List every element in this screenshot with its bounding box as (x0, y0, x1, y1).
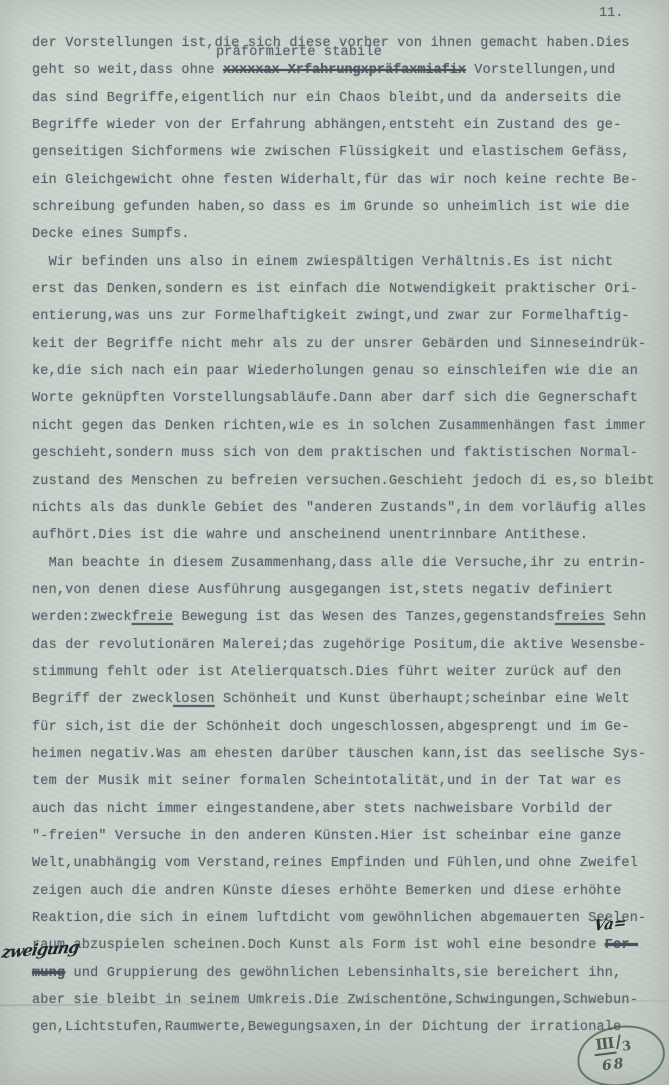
typescript-line: schreibung gefunden haben,so dass es im … (32, 194, 662, 221)
typed-text: Reaktion,die sich in einem luftdicht vom… (32, 911, 646, 926)
typed-text: auch das nicht immer eingestandene,aber … (32, 802, 613, 817)
typescript-line: stimmung fehlt oder ist Atelierquatsch.D… (32, 659, 662, 686)
typescript-line: werden:zweckfreie Bewegung ist das Wesen… (32, 604, 662, 631)
typescript-line: gen,Lichtstufen,Raumwerte,Bewegungsaxen,… (32, 1014, 662, 1041)
stamp-signature: III/3 (592, 1031, 631, 1055)
typescript-line: Welt,unabhängig vom Verstand,reines Empf… (32, 850, 662, 877)
typescript-line: Begriff der zwecklosen Schönheit und Kun… (32, 686, 662, 713)
typed-text: für sich,ist die der Schönheit doch unge… (32, 720, 630, 735)
typescript-line: Wir befinden uns also in einem zwiespält… (32, 249, 662, 276)
typed-text: ein Gleichgewicht ohne festen Widerhalt,… (32, 173, 638, 188)
typed-text: Sehn (605, 610, 647, 625)
typed-text: das der revolutionären Malerei;das zugeh… (32, 638, 646, 653)
typescript-line: "-freien" Versuche in den anderen Künste… (32, 823, 662, 850)
typescript-line: raum abzuspielen scheinen.Doch Kunst als… (32, 932, 662, 959)
typed-text: Man beachte in diesem Zusammenhang,dass … (32, 556, 646, 571)
typescript-line: nicht gegen das Denken richten,wie es in… (32, 413, 662, 440)
typed-text: werden:zweck (32, 610, 132, 625)
typescript-line: Begriffe wieder von der Erfahrung abhäng… (32, 112, 662, 139)
typescript-line: entierung,was uns zur Formelhaftigkeit z… (32, 303, 662, 330)
typed-text: gen,Lichtstufen,Raumwerte,Bewegungsaxen,… (32, 1020, 621, 1035)
typescript-body: präformierte stabile der Vorstellungen i… (32, 30, 662, 1042)
typed-text: zeigen auch die andren Künste dieses erh… (32, 884, 621, 899)
underlined-text: losen (173, 692, 215, 707)
manuscript-page: 11. präformierte stabile der Vorstellung… (0, 0, 669, 1085)
typescript-line: nen,von denen diese Ausführung ausgegang… (32, 577, 662, 604)
struck-out-text: xxxxxax Xrfahrungxpräfaxmiafix (223, 63, 466, 78)
typed-text: schreibung gefunden haben,so dass es im … (32, 200, 630, 215)
typescript-line: geschieht,sondern muss sich von dem prak… (32, 440, 662, 467)
typed-text: geschieht,sondern muss sich von dem prak… (32, 446, 638, 461)
typescript-line: tem der Musik mit seiner formalen Schein… (32, 768, 662, 795)
struck-out-text: For- (605, 938, 638, 953)
typescript-line: Decke eines Sumpfs. (32, 221, 662, 248)
typed-text: genseitigen Sichformens wie zwischen Flü… (32, 145, 630, 160)
typescript-line: zustand des Menschen zu befreien versuch… (32, 468, 662, 495)
typescript-line: genseitigen Sichformens wie zwischen Flü… (32, 139, 662, 166)
typescript-line: ke,die sich nach ein paar Wiederholungen… (32, 358, 662, 385)
typescript-line: geht so weit,dass ohne xxxxxax Xrfahrung… (32, 57, 662, 84)
typed-text: Wir befinden uns also in einem zwiespält… (32, 255, 613, 270)
underlined-text: freie (132, 610, 174, 625)
typed-text: erst das Denken,sondern es ist einfach d… (32, 282, 638, 297)
typed-text: das sind Begriffe,eigentlich nur ein Cha… (32, 91, 621, 106)
typescript-line: Man beachte in diesem Zusammenhang,dass … (32, 550, 662, 577)
typescript-line: auch das nicht immer eingestandene,aber … (32, 796, 662, 823)
stamp-numerator: III (592, 1034, 616, 1057)
stamp-number: 68 (601, 1056, 626, 1075)
handwritten-correction-line-end: Va= (593, 913, 627, 935)
typescript-line: Worte geknüpften Vorstellungsabläufe.Dan… (32, 385, 662, 412)
typed-text: geht so weit,dass ohne (32, 63, 223, 78)
typed-text: heimen negativ.Was am ehesten darüber tä… (32, 747, 646, 762)
typescript-line: nichts als das dunkle Gebiet des "andere… (32, 495, 662, 522)
struck-out-text: mung (32, 966, 65, 981)
typescript-line: für sich,ist die der Schönheit doch unge… (32, 714, 662, 741)
typed-text: Welt,unabhängig vom Verstand,reines Empf… (32, 856, 638, 871)
typed-text: Worte geknüpften Vorstellungsabläufe.Dan… (32, 391, 638, 406)
typed-text: Bewegung ist das Wesen des Tanzes,gegens… (173, 610, 555, 625)
typed-text: nicht gegen das Denken richten,wie es in… (32, 419, 646, 434)
typed-text: aufhört.Dies ist die wahre und anscheine… (32, 528, 588, 543)
typed-text: raum abzuspielen scheinen.Doch Kunst als… (32, 938, 605, 953)
typed-text: und Gruppierung des gewöhnlichen Lebensi… (65, 966, 621, 981)
typed-text: keit der Begriffe nicht mehr als zu der … (32, 337, 646, 352)
page-number: 11. (599, 6, 623, 21)
typescript-line: mung und Gruppierung des gewöhnlichen Le… (32, 960, 662, 987)
underlined-text: freies (555, 610, 605, 625)
typescript-line: Reaktion,die sich in einem luftdicht vom… (32, 905, 662, 932)
typescript-line: keit der Begriffe nicht mehr als zu der … (32, 331, 662, 358)
interline-insertion: präformierte stabile (216, 46, 382, 60)
typed-text: ke,die sich nach ein paar Wiederholungen… (32, 364, 638, 379)
typescript-line: das sind Begriffe,eigentlich nur ein Cha… (32, 85, 662, 112)
typed-text: Schönheit und Kunst überhaupt;scheinbar … (215, 692, 630, 707)
typed-text: Decke eines Sumpfs. (32, 227, 190, 242)
typescript-line: aufhört.Dies ist die wahre und anscheine… (32, 522, 662, 549)
typed-text: Vorstellungen,und (466, 63, 615, 78)
typescript-line: zeigen auch die andren Künste dieses erh… (32, 878, 662, 905)
stamp-denominator: 3 (621, 1039, 632, 1055)
typed-text: nichts als das dunkle Gebiet des "andere… (32, 501, 646, 516)
typescript-line: ein Gleichgewicht ohne festen Widerhalt,… (32, 167, 662, 194)
typescript-line: erst das Denken,sondern es ist einfach d… (32, 276, 662, 303)
typescript-line: das der revolutionären Malerei;das zugeh… (32, 632, 662, 659)
typed-text: tem der Musik mit seiner formalen Schein… (32, 774, 621, 789)
typed-text: zustand des Menschen zu befreien versuch… (32, 474, 655, 489)
typed-text: nen,von denen diese Ausführung ausgegang… (32, 583, 613, 598)
typed-text: Begriff der zweck (32, 692, 173, 707)
typed-text: Begriffe wieder von der Erfahrung abhäng… (32, 118, 621, 133)
typed-text: entierung,was uns zur Formelhaftigkeit z… (32, 309, 630, 324)
typed-text: stimmung fehlt oder ist Atelierquatsch.D… (32, 665, 621, 680)
typescript-line: heimen negativ.Was am ehesten darüber tä… (32, 741, 662, 768)
typed-text: "-freien" Versuche in den anderen Künste… (32, 829, 621, 844)
